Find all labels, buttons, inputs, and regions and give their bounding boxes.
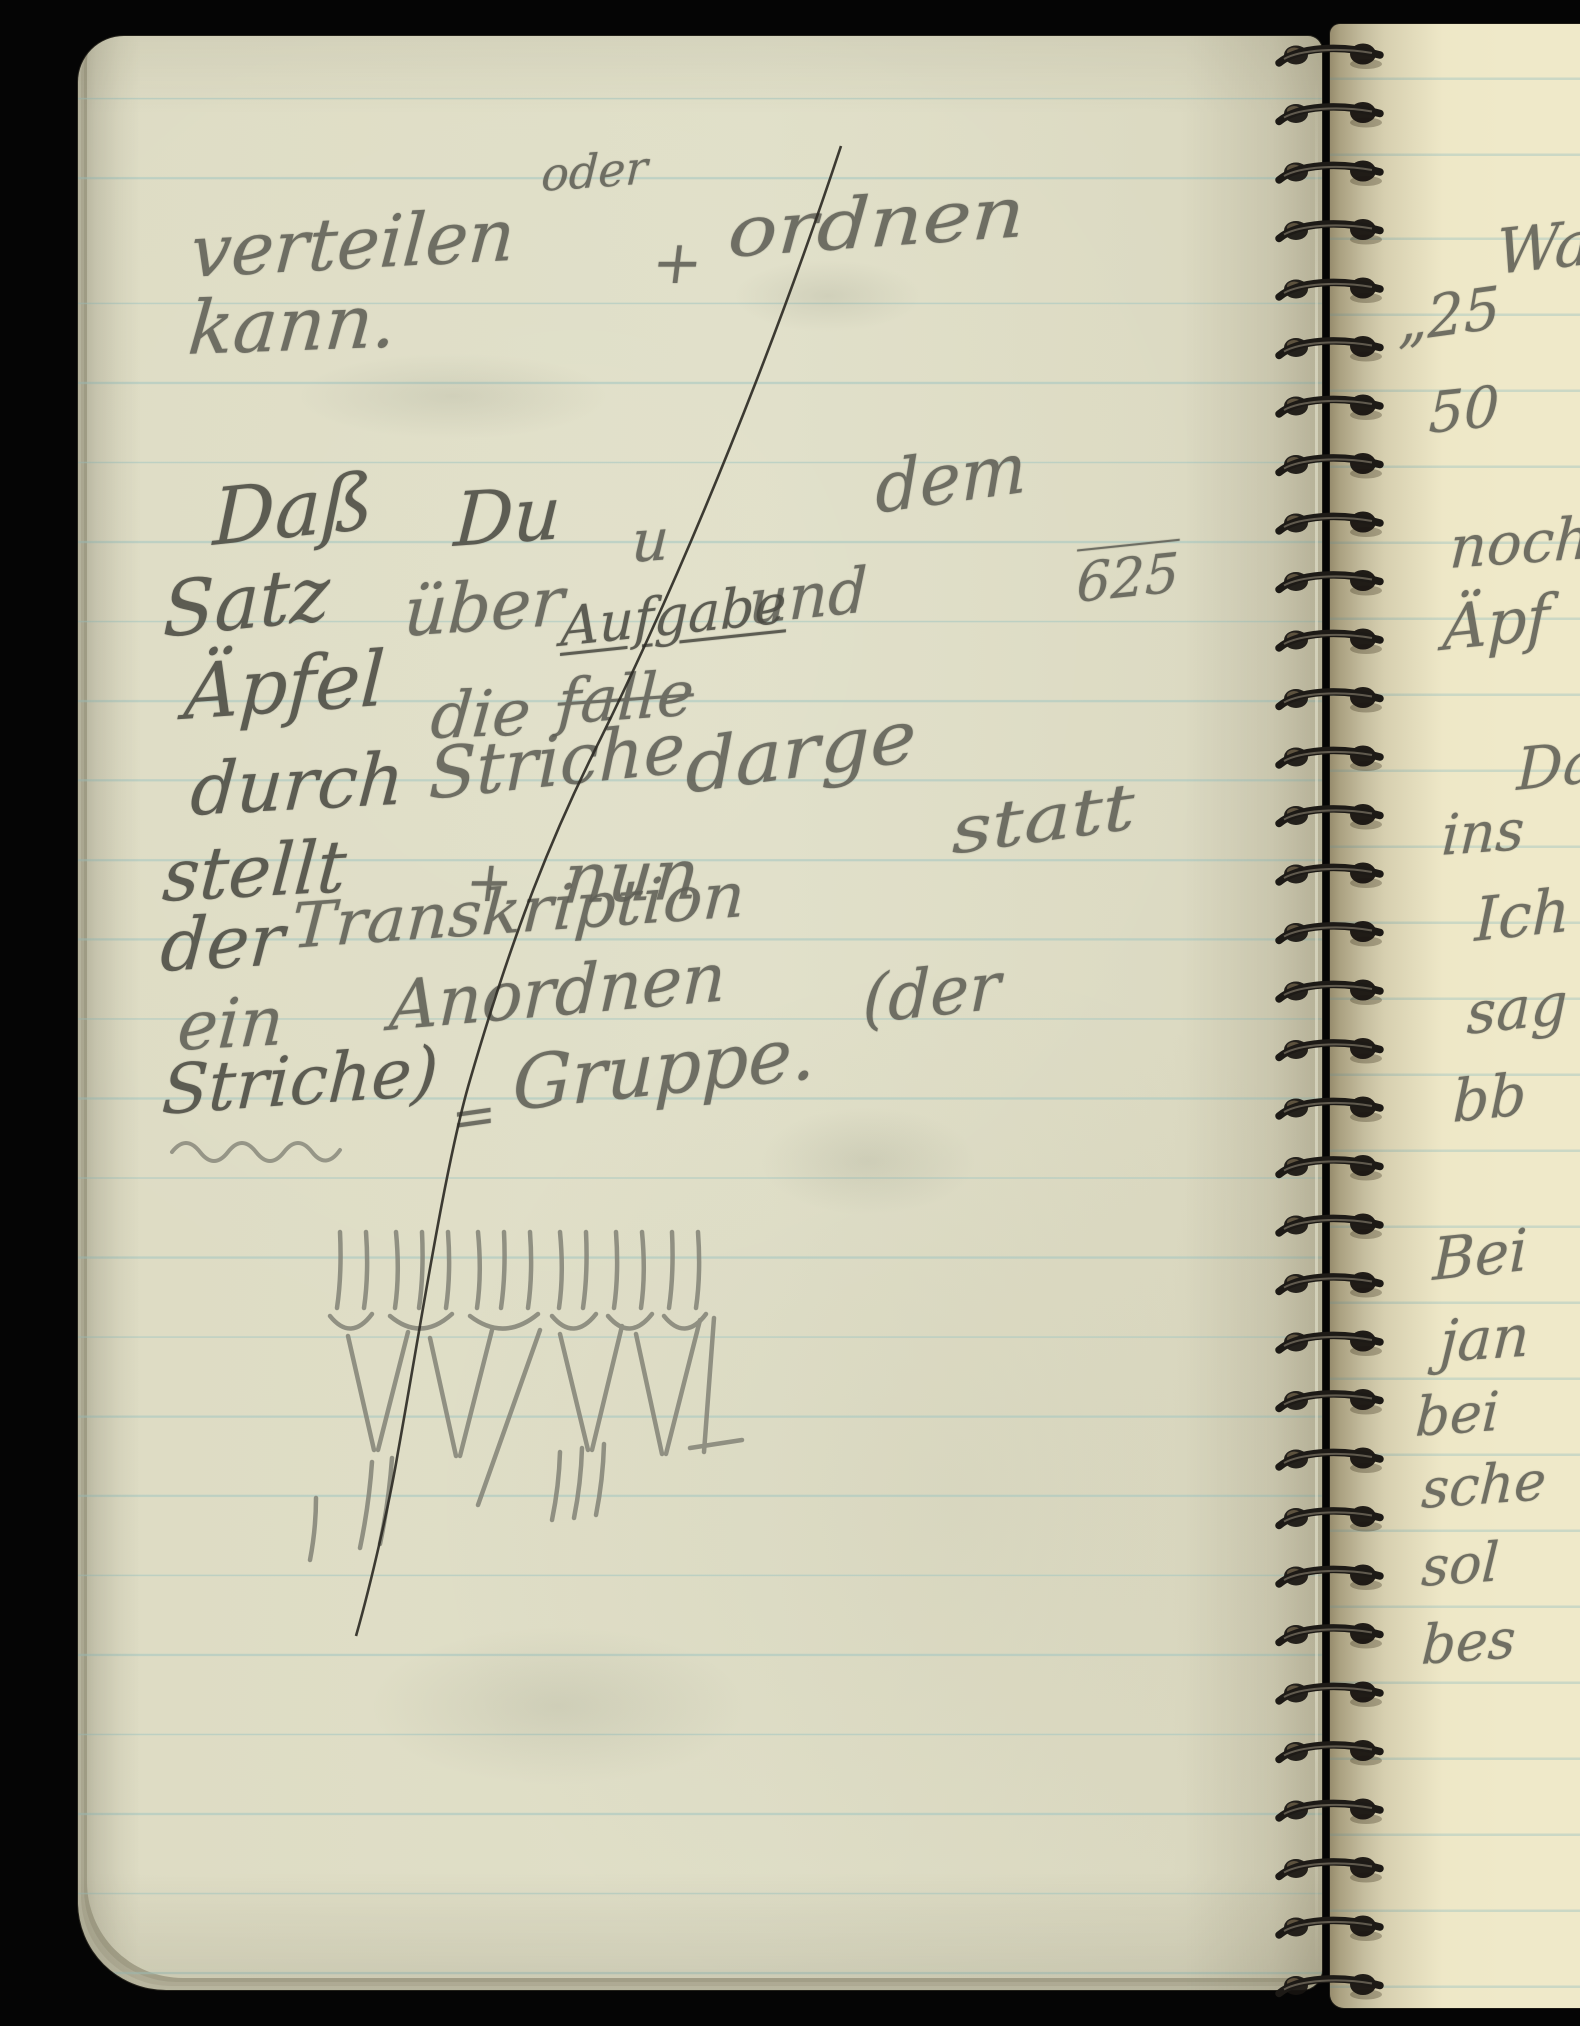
gutter-shadow-right [1330,24,1580,2008]
right-notebook-page [1330,24,1580,2008]
left-notebook-page [78,36,1322,1990]
page-edge-highlight [1315,76,1318,1976]
page-shading [78,36,1322,1990]
notebook-photo: Photograph of an open spiral-bound noteb… [0,0,1580,2026]
